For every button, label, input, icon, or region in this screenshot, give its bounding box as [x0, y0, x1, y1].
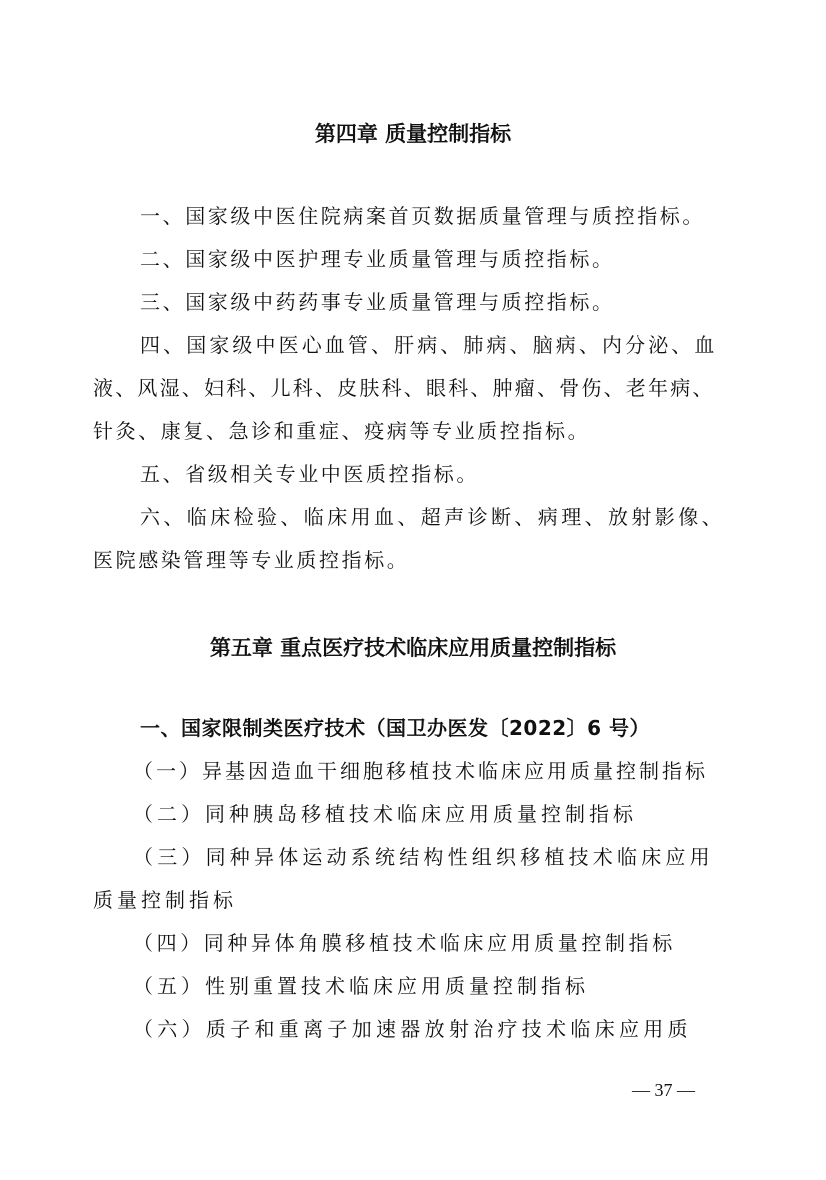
- paragraph-line: （四）同种异体角膜移植技术临床应用质量控制指标: [133, 931, 676, 955]
- paragraph-line: （一）异基因造血干细胞移植技术临床应用质量控制指标: [133, 759, 708, 783]
- paragraph-line: （三）同种异体运动系统结构性组织移植技术临床应用: [133, 845, 714, 869]
- paragraph-line: 四、国家级中医心血管、肝病、肺病、脑病、内分泌、血: [140, 333, 718, 357]
- document-page: 第四章 质量控制指标 一、国家级中医住院病案首页数据质量管理与质控指标。 二、国…: [0, 0, 826, 1180]
- paragraph-line: （二）同种胰岛移植技术临床应用质量控制指标: [133, 802, 637, 826]
- paragraph-line: 五、省级相关专业中医质控指标。: [140, 462, 479, 486]
- paragraph-line: （六）质子和重离子加速器放射治疗技术临床应用质: [133, 1017, 692, 1041]
- chapter-4-title: 第四章 质量控制指标: [0, 118, 826, 148]
- paragraph-line: 医院感染管理等专业质控指标。: [93, 548, 409, 572]
- paragraph-line: 六、临床检验、临床用血、超声诊断、病理、放射影像、: [140, 505, 725, 529]
- paragraph-line: 质量控制指标: [93, 888, 237, 912]
- paragraph-line: 液、风湿、妇科、儿科、皮肤科、眼科、肿瘤、骨伤、老年病、: [93, 376, 715, 400]
- paragraph-line: 二、国家级中医护理专业质量管理与质控指标。: [140, 247, 615, 271]
- chapter-5-title: 第五章 重点医疗技术临床应用质量控制指标: [0, 632, 826, 662]
- page-number: — 37 —: [632, 1080, 695, 1101]
- paragraph-line: 三、国家级中药药事专业质量管理与质控指标。: [140, 290, 615, 314]
- paragraph-line: 一、国家级中医住院病案首页数据质量管理与质控指标。: [140, 204, 705, 228]
- paragraph-line: 针灸、康复、急诊和重症、疫病等专业质控指标。: [93, 419, 590, 443]
- paragraph-line: （五）性别重置技术临床应用质量控制指标: [133, 974, 589, 998]
- section-1-title: 一、国家限制类医疗技术（国卫办医发〔2022〕6 号）: [140, 716, 650, 740]
